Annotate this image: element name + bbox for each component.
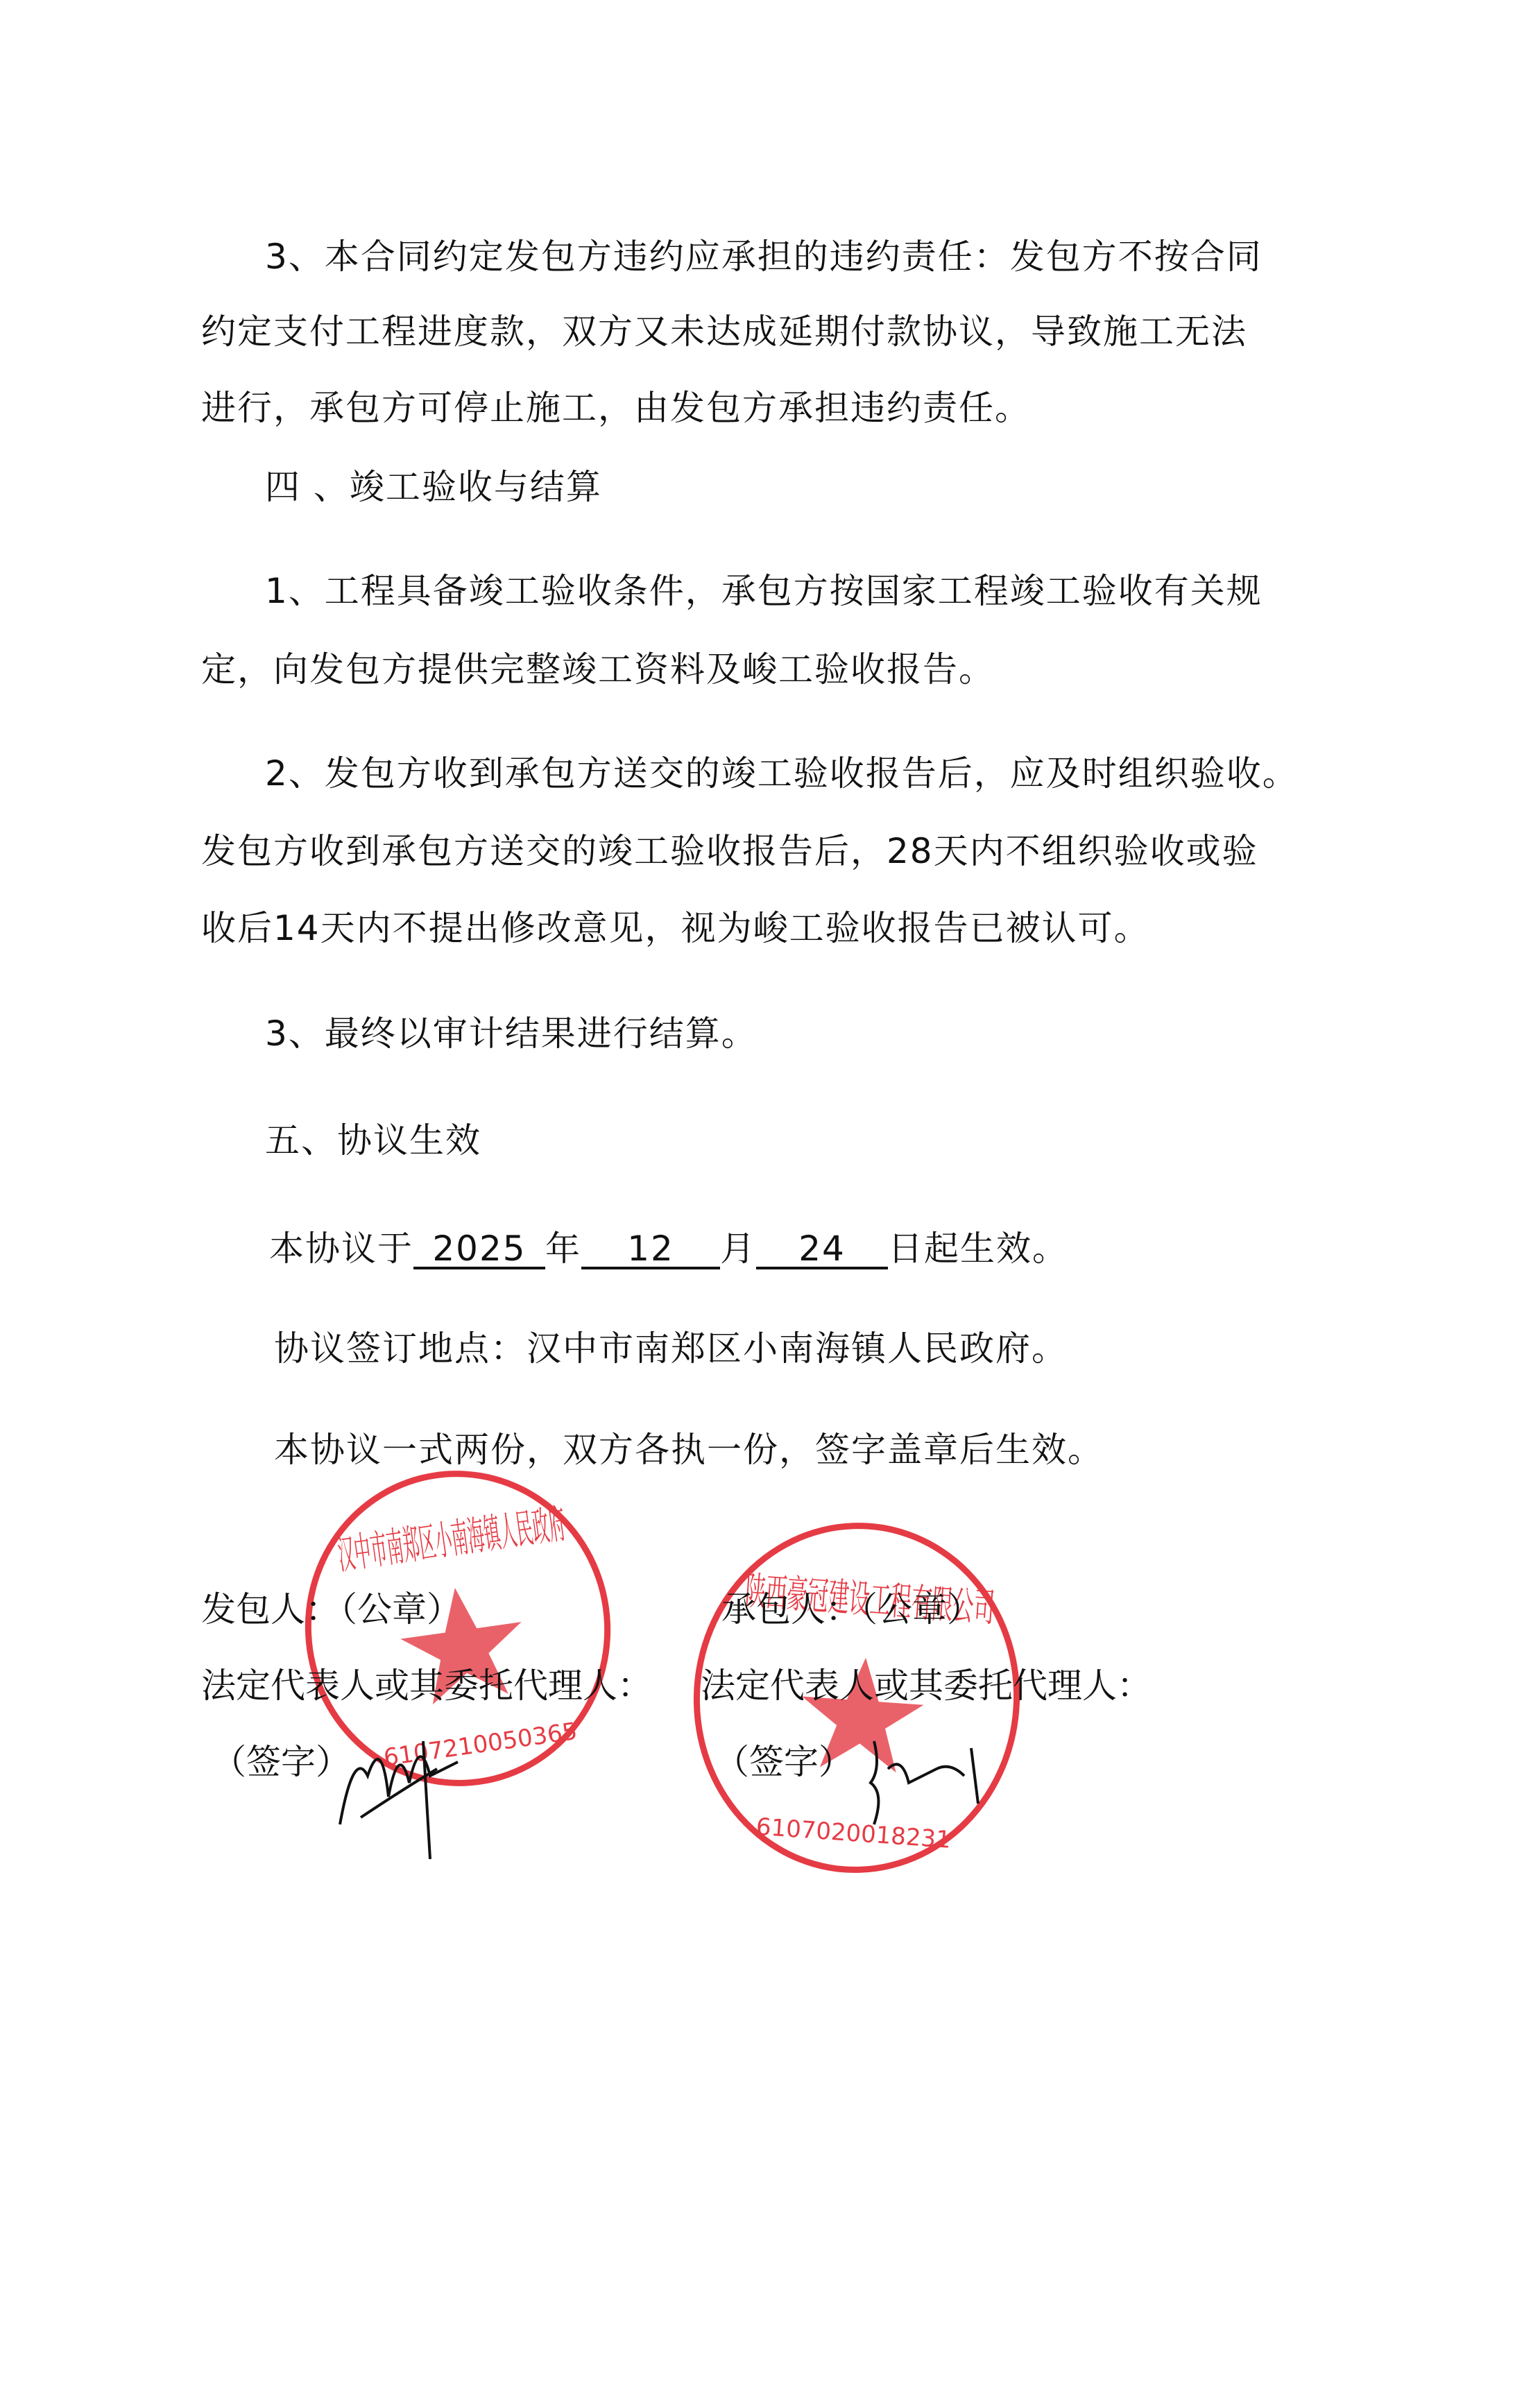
employer-representative-label: 法定代表人或其委托代理人：: [201, 1665, 652, 1706]
clause-3-line-1: 3、本合同约定发包方违约应承担的违约责任：发包方不按合同: [265, 236, 1263, 277]
effective-year-field: 2025: [413, 1231, 545, 1269]
signing-place: 协议签订地点：汉中市南郑区小南海镇人民政府。: [274, 1328, 1068, 1369]
svg-text:汉中市南郑区小南海镇人民政府: 汉中市南郑区小南海镇人民政府: [335, 1500, 568, 1578]
effective-month-label: 月: [720, 1229, 756, 1269]
clause-3-line-3: 进行，承包方可停止施工，由发包方承担违约责任。: [201, 387, 1031, 429]
contractor-signature-label: （签字）: [715, 1741, 853, 1783]
contractor-representative-label: 法定代表人或其委托代理人：: [701, 1665, 1152, 1706]
employer-seal-label: 发包人：（公章）: [201, 1589, 461, 1630]
copies-statement: 本协议一式两份，双方各执一份，签字盖章后生效。: [274, 1429, 1104, 1471]
employer-handwritten-signature: [333, 1720, 472, 1859]
section-4-item-2-line-2: 发包方收到承包方送交的竣工验收报告后，28天内不组织验收或验: [201, 830, 1258, 872]
section-4-item-2-line-1: 2、发包方收到承包方送交的竣工验收报告后，应及时组织验收。: [265, 753, 1299, 794]
section-4-heading: 四 、竣工验收与结算: [265, 466, 602, 508]
effective-month-field: 12: [581, 1231, 720, 1269]
effective-date-line: 本协议于2025年12月24日起生效。: [269, 1228, 1068, 1269]
clause-3-line-2: 约定支付工程进度款，双方又未达成延期付款协议，导致施工无法: [201, 311, 1247, 352]
employer-signature-label: （签字）: [212, 1741, 350, 1783]
effective-day-field: 24: [756, 1231, 888, 1269]
section-4-item-1-line-2: 定，向发包方提供完整竣工资料及峻工验收报告。: [201, 649, 995, 690]
section-4-item-2-line-3: 收后14天内不提出修改意见，视为峻工验收报告已被认可。: [201, 907, 1150, 949]
section-4-item-3: 3、最终以审计结果进行结算。: [265, 1013, 758, 1054]
contractor-seal-label: 承包人：（公章）: [721, 1589, 982, 1630]
document-page: 3、本合同约定发包方违约应承担的违约责任：发包方不按合同 约定支付工程进度款，双…: [0, 0, 1540, 2396]
effective-year-label: 年: [545, 1229, 581, 1269]
effective-prefix: 本协议于: [269, 1229, 413, 1269]
section-5-heading: 五、协议生效: [265, 1120, 481, 1161]
section-4-item-1-line-1: 1、工程具备竣工验收条件，承包方按国家工程竣工验收有关规: [265, 570, 1263, 612]
effective-suffix: 日起生效。: [888, 1229, 1068, 1269]
contractor-handwritten-signature: [860, 1727, 999, 1831]
